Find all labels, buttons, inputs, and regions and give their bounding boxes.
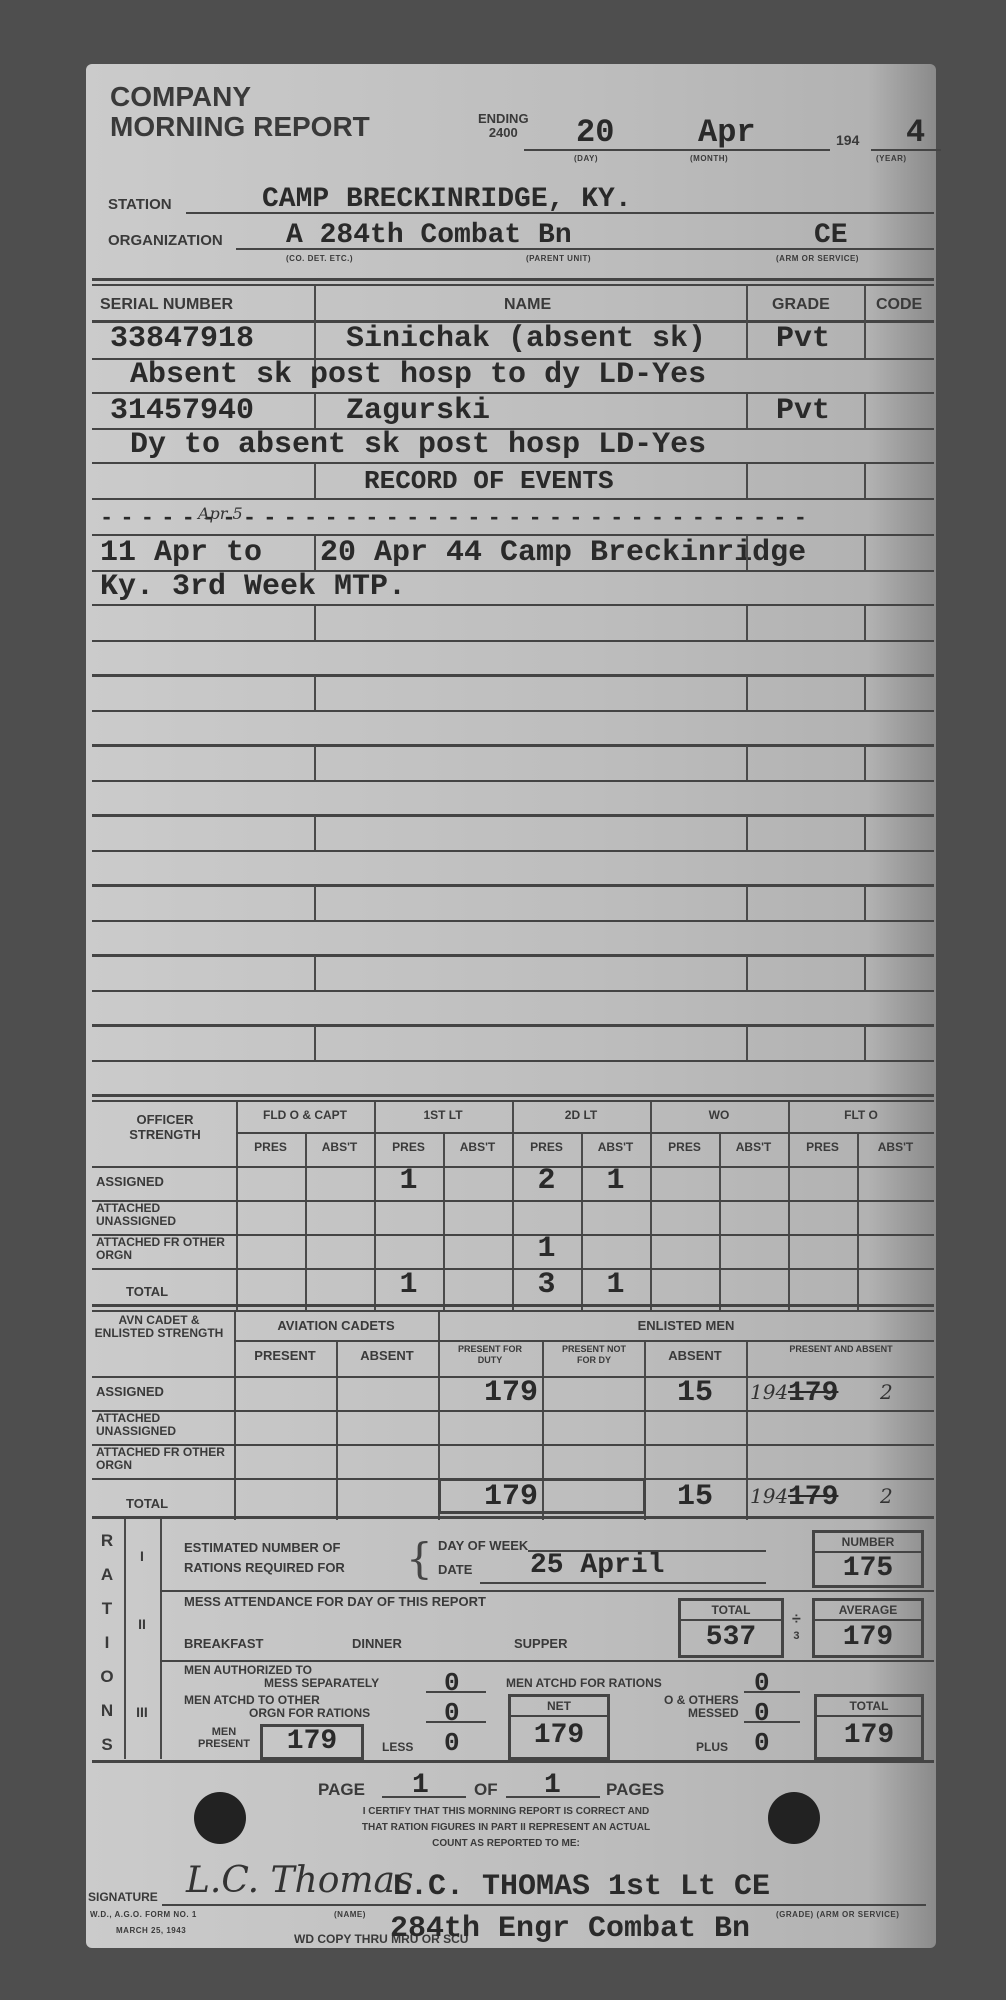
plus-value: 0 [754,1728,770,1758]
atchd-for-rations-value: 0 [754,1668,770,1698]
mess-attendance-label: MESS ATTENDANCE FOR DAY OF THIS REPORT [184,1594,486,1609]
part-i-label-line2: RATIONS REQUIRED FOR [184,1558,345,1578]
col-divider [314,886,316,920]
handwritten-correction: Apr 5 [198,504,243,523]
day-of-week-label: DAY OF WEEK [438,1538,528,1553]
officer-assigned-2d-lt-abst: 1 [581,1164,650,1198]
event-text-continued: Ky. 3rd Week MTP. [100,570,406,604]
roster-rule [92,604,934,606]
underline [426,1691,486,1693]
average-label: AVERAGE [815,1601,921,1621]
atchd-for-rations-label: MEN ATCHD FOR RATIONS [506,1676,662,1690]
atchd-other-orgn-value: 0 [444,1698,460,1728]
col-divider [746,286,748,322]
title-line-1: COMPANY [110,82,370,112]
col-divider [746,746,748,780]
auth-mess-separately-value: 0 [444,1668,460,1698]
roster-rule [92,990,934,992]
signature-label: SIGNATURE [88,1890,158,1904]
certify-line: I CERTIFY THAT THIS MORNING REPORT IS CO… [286,1804,726,1820]
underline [744,1691,800,1693]
form-title: COMPANY MORNING REPORT [110,82,370,142]
col-divider [864,816,866,850]
page-number: 1 [412,1770,429,1801]
breakfast-label: BREAKFAST [184,1636,263,1651]
entry-remark: Dy to absent sk post hosp LD-Yes [130,428,706,462]
organization-label: ORGANIZATION [108,232,223,249]
signature-underline [162,1904,926,1906]
col-divider [314,746,316,780]
subheader-pres: PRES [788,1140,857,1154]
roster-rule [92,1094,934,1097]
row-label-attached-fr-other: ATTACHED FR OTHER ORGN [96,1446,226,1472]
col-divider [864,676,866,710]
officer-attached-2d-lt-pres: 1 [512,1232,581,1266]
entry-grade: Pvt [776,322,830,356]
total-pages: 1 [544,1770,561,1801]
pages-label: PAGES [606,1780,664,1800]
roster-rule [92,920,934,922]
enlisted-total-corrected: 194 [750,1484,788,1508]
roster-rule [92,780,934,782]
side-letter: N [96,1694,118,1728]
part-i-numeral: I [124,1548,160,1564]
col-divider [746,886,748,920]
date-label: DATE [438,1562,472,1577]
brace-icon: { [406,1534,433,1583]
grade-caption: (GRADE) (ARM OR SERVICE) [776,1910,899,1919]
arm-value: CE [814,220,848,251]
header-grade: GRADE [772,296,830,314]
col-divider [314,676,316,710]
event-text: 20 Apr 44 Camp Breckinridge [320,536,806,570]
col-divider [746,956,748,990]
officer-assigned-2d-lt-pres: 2 [512,1164,581,1198]
entry-remark: Absent sk post hosp to dy LD-Yes [130,358,706,392]
subheader-pres: PRES [650,1140,719,1154]
of-label: OF [474,1780,498,1800]
enlisted-assigned-total-struck: 179 [788,1378,838,1409]
officer-assigned-1st-lt-pres: 1 [374,1164,443,1198]
underline [744,1721,800,1723]
header-serial-number: SERIAL NUMBER [100,296,233,314]
row-label-attached-fr-other: ATTACHED FR OTHER ORGN [96,1236,226,1262]
mess-total-box: TOTAL 537 [678,1598,784,1658]
year-caption: (YEAR) [876,154,907,163]
group-1st-lt: 1ST LT [374,1108,512,1122]
enlisted-total-struck: 179 [788,1482,838,1513]
roster-rule [92,498,934,500]
cadets-absent-header: ABSENT [336,1348,438,1363]
col-divider [314,536,316,570]
average-box: AVERAGE 179 [812,1598,924,1658]
group-wo: WO [650,1108,788,1122]
present-not-for-duty-header: PRESENT NOT FOR DY [552,1344,636,1366]
punch-hole-right [768,1792,820,1844]
officer-total-2d-lt-abst: 1 [581,1268,650,1302]
subheader-abst: ABS'T [443,1140,512,1154]
col-divider [864,394,866,428]
label-line: MESS SEPARATELY [184,1677,379,1690]
month-caption: (MONTH) [690,154,728,163]
aviation-cadets-header: AVIATION CADETS [234,1318,438,1333]
col-divider [746,322,748,358]
col-divider [234,1312,236,1520]
label-line: ORGN FOR RATIONS [184,1707,370,1720]
net-value: 179 [511,1717,607,1755]
day-caption: (DAY) [574,154,598,163]
col-divider [864,956,866,990]
col-divider [746,536,748,570]
group-fld-o-capt: FLD O & CAPT [236,1108,374,1122]
entry-grade: Pvt [776,394,830,428]
enlisted-assigned-total-corrected: 194 [750,1380,788,1404]
part-ii-numeral: II [124,1616,160,1632]
subheader-pres: PRES [512,1140,581,1154]
label-line: PRESENT [198,1738,250,1750]
col-divider [746,1342,748,1520]
side-letter: A [96,1558,118,1592]
roster-rule [92,640,934,642]
enlisted-total-note: 2 [880,1484,893,1508]
roster-rule [92,1060,934,1062]
dinner-label: DINNER [352,1636,402,1651]
roster-rule [92,744,934,747]
enlisted-assigned-absent: 15 [644,1376,746,1410]
roster-rule [92,814,934,817]
certification-text: I CERTIFY THAT THIS MORNING REPORT IS CO… [286,1804,726,1852]
subheader-abst: ABS'T [581,1140,650,1154]
atchd-other-orgn-label: MEN ATCHD TO OTHER ORGN FOR RATIONS [184,1694,370,1720]
report-day: 20 [576,114,614,151]
table-rule [92,1760,934,1763]
rations-side-label: R A T I O N S [96,1524,118,1762]
year-prefix: 194 [836,132,859,148]
side-letter: O [96,1660,118,1694]
row-label-total: TOTAL [126,1284,168,1299]
group-flt-o: FLT O [788,1108,934,1122]
col-divider [314,816,316,850]
officer-total-2d-lt-pres: 3 [512,1268,581,1302]
unit-line: 284th Engr Combat Bn [390,1912,750,1946]
page-label: PAGE [318,1780,365,1800]
label-line: MEN [198,1726,250,1738]
record-of-events-heading: RECORD OF EVENTS [364,466,614,496]
parent-caption: (PARENT UNIT) [526,254,591,263]
rations-total-box: TOTAL 179 [814,1694,924,1760]
cadets-present-header: PRESENT [234,1348,336,1363]
col-divider [314,606,316,640]
part-iii-numeral: III [124,1704,160,1720]
col-divider [864,286,866,322]
station-value: CAMP BRECKINRIDGE, KY. [262,184,632,215]
title-line-2: MORNING REPORT [110,112,370,142]
arm-caption: (ARM OR SERVICE) [776,254,859,263]
side-letter: R [96,1524,118,1558]
ending-label: ENDING 2400 [478,112,529,140]
subheader-abst: ABS'T [719,1140,788,1154]
roster-rule [92,954,934,957]
header-code: CODE [876,296,922,314]
divide-by-3: ÷ 3 [792,1612,801,1644]
col-divider [864,464,866,498]
less-value: 0 [444,1728,460,1758]
col-divider [160,1519,162,1759]
row-label-assigned: ASSIGNED [96,1174,164,1189]
plus-label: PLUS [696,1740,728,1754]
roster-rule [92,1024,934,1027]
enlisted-strength-title: AVN CADET & ENLISTED STRENGTH [94,1314,224,1340]
certify-line: COUNT AS REPORTED TO ME: [286,1836,726,1852]
part-i-label: ESTIMATED NUMBER OF RATIONS REQUIRED FOR [184,1538,345,1578]
divide-icon: ÷ [792,1612,801,1628]
rations-total-value: 179 [817,1717,921,1755]
enlisted-assigned-total-note: 2 [880,1380,893,1404]
table-rule [92,1516,934,1519]
officer-strength-title: OFFICER STRENGTH [100,1112,230,1142]
supper-label: SUPPER [514,1636,567,1651]
morning-report-form: COMPANY MORNING REPORT ENDING 2400 20 Ap… [86,64,936,1948]
col-divider [336,1342,338,1520]
col-divider [314,956,316,990]
form-number: W.D., A.G.O. FORM NO. 1 [90,1910,197,1919]
mess-total-label: TOTAL [681,1601,781,1621]
others-messed-value: 0 [754,1698,770,1728]
col-divider [864,536,866,570]
side-letter: S [96,1728,118,1762]
handwritten-signature: L.C. Thomas [186,1860,413,1901]
col-divider [314,394,316,428]
roster-rule [92,850,934,852]
row-label-total: TOTAL [126,1496,168,1511]
subheader-abst: ABS'T [305,1140,374,1154]
table-rule [234,1340,934,1342]
enlisted-total-pfd: 179 [438,1480,538,1514]
absent-header: ABSENT [644,1348,746,1363]
entry-serial: 33847918 [110,322,254,356]
officer-total-1st-lt-pres: 1 [374,1268,443,1302]
organization-value: A 284th Combat Bn [286,220,572,251]
enlisted-assigned-pfd: 179 [438,1376,538,1410]
roster-top-rule-2 [92,284,934,286]
col-divider [746,394,748,428]
men-present-label: MEN PRESENT [198,1726,250,1750]
enlisted-total-absent: 15 [644,1480,746,1514]
ending-label-top: ENDING [478,112,529,126]
label-line: MESSED [664,1707,739,1720]
col-divider [864,886,866,920]
ending-label-bottom: 2400 [478,126,529,140]
present-for-duty-header: PRESENT FOR DUTY [448,1344,532,1366]
roster-rule [92,884,934,887]
col-divider [864,746,866,780]
row-label-assigned: ASSIGNED [96,1384,164,1399]
report-year-digit: 4 [906,114,925,151]
less-label: LESS [382,1740,413,1754]
group-2d-lt: 2D LT [512,1108,650,1122]
punch-hole-left [194,1792,246,1844]
others-messed-label: O & OTHERS MESSED [664,1694,739,1720]
typed-name: L.C. THOMAS 1st Lt CE [392,1870,770,1904]
roster-rule [92,710,934,712]
table-rule [160,1590,934,1592]
present-and-absent-header: PRESENT AND ABSENT [776,1344,906,1355]
co-caption: (CO. DET. ETC.) [286,254,353,263]
certify-line: THAT RATION FIGURES IN PART II REPRESENT… [286,1820,726,1836]
enlisted-men-header: ENLISTED MEN [438,1318,934,1333]
event-dates: 11 Apr to [100,536,262,570]
men-present-box: 179 [260,1724,364,1760]
col-divider [314,464,316,498]
date-underline [524,149,830,151]
divide-by-value: 3 [792,1628,801,1644]
name-caption: (NAME) [334,1910,366,1919]
col-divider [864,322,866,358]
col-divider [746,464,748,498]
col-divider [746,816,748,850]
col-divider [314,1026,316,1060]
header-name: NAME [504,296,551,314]
table-rule [92,1310,934,1312]
side-letter: I [96,1626,118,1660]
col-divider [305,1134,307,1312]
report-month: Apr [698,114,756,151]
col-divider [864,1026,866,1060]
entry-name: Sinichak (absent sk) [346,322,706,356]
roster-rule [92,462,934,464]
men-present-value: 179 [263,1727,361,1757]
table-rule [160,1660,934,1662]
subheader-pres: PRES [236,1140,305,1154]
table-rule [92,1304,934,1307]
col-divider [746,1026,748,1060]
form-date: MARCH 25, 1943 [116,1926,186,1935]
col-divider [746,676,748,710]
subheader-abst: ABS'T [857,1140,934,1154]
roster-top-rule [92,278,934,281]
ration-number-box: NUMBER 175 [812,1530,924,1588]
row-label-attached-unassigned: ATTACHED UNASSIGNED [96,1412,226,1438]
col-divider [443,1134,445,1312]
mess-total-value: 537 [681,1621,781,1655]
net-label: NET [511,1697,607,1717]
date-underline [480,1582,766,1584]
rations-total-label: TOTAL [817,1697,921,1717]
station-label: STATION [108,196,172,213]
entry-name: Zagurski [346,394,490,428]
underline [426,1721,486,1723]
ration-date-value: 25 April [530,1550,664,1581]
col-divider [719,1134,721,1312]
average-value: 179 [815,1621,921,1655]
row-label-attached-unassigned: ATTACHED UNASSIGNED [96,1202,226,1228]
side-letter: T [96,1592,118,1626]
auth-mess-separately-label: MEN AUTHORIZED TO MESS SEPARATELY [184,1664,379,1690]
entry-serial: 31457940 [110,394,254,428]
ration-number-value: 175 [815,1553,921,1585]
part-i-label-line1: ESTIMATED NUMBER OF [184,1538,345,1558]
number-label: NUMBER [815,1533,921,1553]
col-divider [857,1134,859,1312]
roster-rule [92,674,934,677]
col-divider [864,606,866,640]
net-box: NET 179 [508,1694,610,1760]
subheader-pres: PRES [374,1140,443,1154]
table-rule [236,1132,934,1134]
col-divider [746,606,748,640]
